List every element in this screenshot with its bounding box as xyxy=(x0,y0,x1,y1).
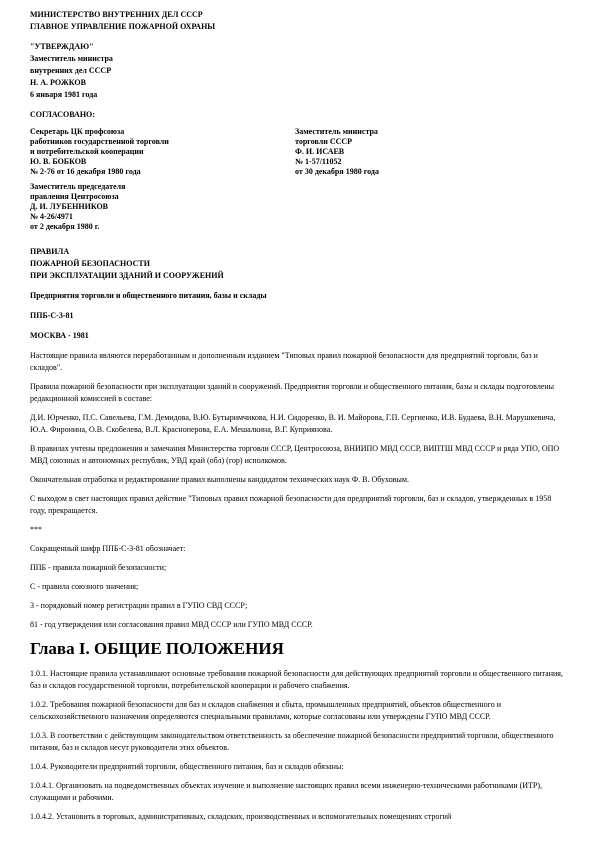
intro-paragraph: 81 - год утверждения или согласования пр… xyxy=(30,619,565,631)
agreed-line: Ф. И. ИСАЕВ xyxy=(295,147,379,157)
approval-line: 6 января 1981 года xyxy=(30,89,565,101)
agreed-line: № 2-76 от 16 декабря 1980 года xyxy=(30,167,295,177)
section-paragraph: 1.0.4. Руководители предприятий торговли… xyxy=(30,761,565,773)
agreed-line: Д. И. ЛУБЕННИКОВ xyxy=(30,202,565,212)
document-code: ППБ-С-3-81 xyxy=(30,310,565,322)
document-title-line: ПОЖАРНОЙ БЕЗОПАСНОСТИ xyxy=(30,258,565,270)
intro-paragraph: Правила пожарной безопасности при эксплу… xyxy=(30,381,565,405)
intro-paragraph: Д.И. Юрченко, П.С. Савельева, Г.М. Демид… xyxy=(30,412,565,436)
section-paragraph: 1.0.3. В соответствии с действующим зако… xyxy=(30,730,565,754)
document-subtitle: Предприятия торговли и общественного пит… xyxy=(30,290,565,302)
approval-line: Заместитель министра xyxy=(30,53,565,65)
approval-line: "УТВЕРЖДАЮ" xyxy=(30,41,565,53)
intro-paragraphs: Настоящие правила являются переработанны… xyxy=(30,350,565,631)
section-paragraph: 1.0.4.2. Установить в торговых, админист… xyxy=(30,811,565,823)
approval-line: Н. А. РОЖКОВ xyxy=(30,77,565,89)
intro-paragraph: ППБ - правила пожарной безопасности; xyxy=(30,562,565,574)
agreed-line: Ю. В. БОБКОВ xyxy=(30,157,295,167)
intro-paragraph: 3 - порядковый номер регистрации правил … xyxy=(30,600,565,612)
intro-paragraph: *** xyxy=(30,524,565,536)
agreed-line: работников государственной торговли xyxy=(30,137,295,147)
agreed-line: и потребительской кооперации xyxy=(30,147,295,157)
section-paragraph: 1.0.4.1. Организовать на подведомственны… xyxy=(30,780,565,804)
ministry-header-line: МИНИСТЕРСТВО ВНУТРЕННИХ ДЕЛ СССР xyxy=(30,9,565,21)
intro-paragraph: Окончательная отработка и редактирование… xyxy=(30,474,565,486)
agreed-line: № 1-57/11052 xyxy=(295,157,379,167)
intro-paragraph: Сокращенный шифр ППБ-С-3-81 обозначает: xyxy=(30,543,565,555)
approval-block: "УТВЕРЖДАЮ"Заместитель министравнутренни… xyxy=(30,41,565,101)
document-title: ПРАВИЛАПОЖАРНОЙ БЕЗОПАСНОСТИПРИ ЭКСПЛУАТ… xyxy=(30,246,565,282)
agreed-line: от 2 декабря 1980 г. xyxy=(30,222,565,232)
chapter-sections: 1.0.1. Настоящие правила устанавливают о… xyxy=(30,668,565,823)
agreed-line: торговли СССР xyxy=(295,137,379,147)
agreed-left-column: Секретарь ЦК профсоюзаработников государ… xyxy=(30,127,295,177)
agreed-line: № 4-26/4971 xyxy=(30,212,565,222)
section-paragraph: 1.0.2. Требования пожарной безопасности … xyxy=(30,699,565,723)
agreed-line: Секретарь ЦК профсоюза xyxy=(30,127,295,137)
section-paragraph: 1.0.1. Настоящие правила устанавливают о… xyxy=(30,668,565,692)
agreed-line: от 30 декабря 1980 года xyxy=(295,167,379,177)
chapter-heading: Глава I. ОБЩИЕ ПОЛОЖЕНИЯ xyxy=(30,638,565,660)
intro-paragraph: С выходом в свет настоящих правил действ… xyxy=(30,493,565,517)
agreed-right-column: Заместитель министраторговли СССРФ. И. И… xyxy=(295,127,379,177)
agreed-section: Секретарь ЦК профсоюзаработников государ… xyxy=(30,127,565,177)
agreed-label: СОГЛАСОВАНО: xyxy=(30,109,565,121)
intro-paragraph: С - правила союзного значения; xyxy=(30,581,565,593)
document-title-line: ПРИ ЭКСПЛУАТАЦИИ ЗДАНИЙ И СООРУЖЕНИЙ xyxy=(30,270,565,282)
intro-paragraph: В правилах учтены предложения и замечани… xyxy=(30,443,565,467)
document-city-year: МОСКВА - 1981 xyxy=(30,330,565,342)
agreed-line: правления Центросоюза xyxy=(30,192,565,202)
document-title-line: ПРАВИЛА xyxy=(30,246,565,258)
intro-paragraph: Настоящие правила являются переработанны… xyxy=(30,350,565,374)
agreed-line: Заместитель председателя xyxy=(30,182,565,192)
ministry-header: МИНИСТЕРСТВО ВНУТРЕННИХ ДЕЛ СССРГЛАВНОЕ … xyxy=(30,9,565,33)
agreed-line: Заместитель министра xyxy=(295,127,379,137)
agreed-left-column-2: Заместитель председателяправления Центро… xyxy=(30,182,565,232)
ministry-header-line: ГЛАВНОЕ УПРАВЛЕНИЕ ПОЖАРНОЙ ОХРАНЫ xyxy=(30,21,565,33)
document-page: МИНИСТЕРСТВО ВНУТРЕННИХ ДЕЛ СССРГЛАВНОЕ … xyxy=(0,0,595,842)
approval-line: внутренних дел СССР xyxy=(30,65,565,77)
